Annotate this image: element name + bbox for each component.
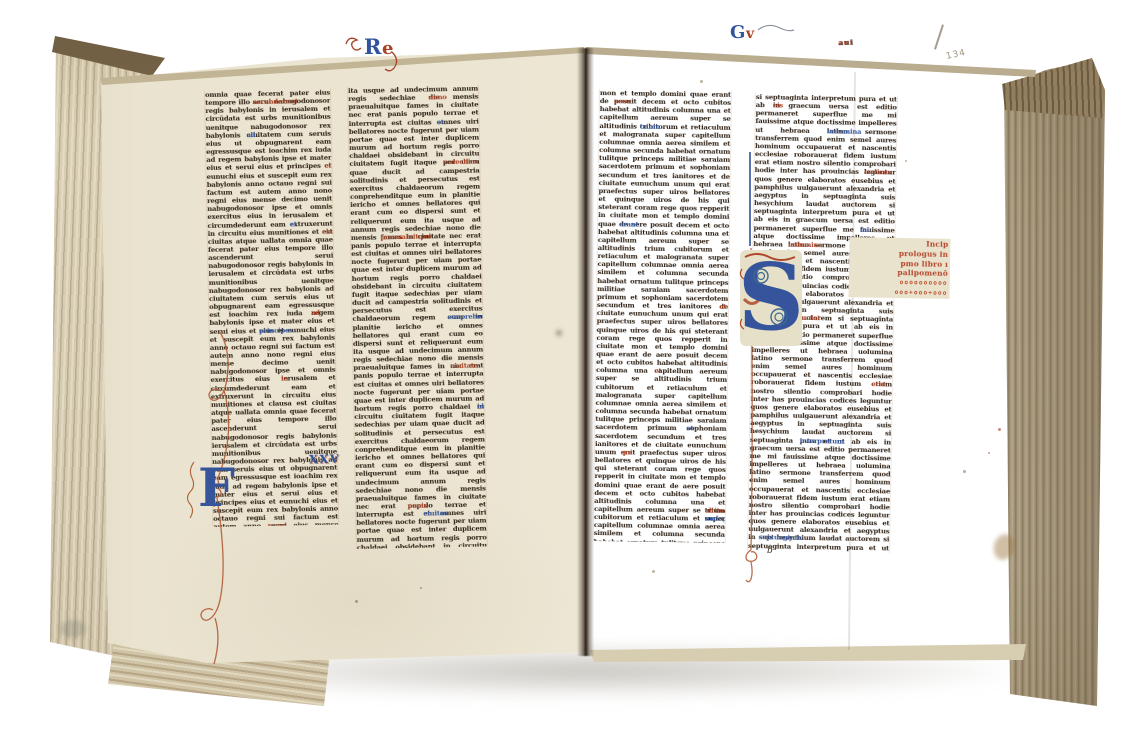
illuminated-initial-f: F [186,458,226,524]
rubric-line-filler: ooo+ooo+ooo [850,287,947,298]
running-title-right: G v [726,16,816,52]
running-title-letter: G [730,22,745,43]
guide-letter: b [767,546,773,556]
text-column-right-1: mon et templo domini quae erant de aere … [593,89,732,543]
running-title-letter: e [382,38,393,59]
manuscript-photo: omnia quae fecerat pater eius tempore il… [0,0,1134,756]
initial-letter: S [738,243,804,351]
chapter-numeral: XXV [309,452,341,467]
speck [700,80,703,83]
red-speck [988,452,990,454]
speck [355,600,358,603]
folio-number: 134 [945,48,967,62]
trimmed-edge-inscription: aui [838,38,854,48]
column-bar-flourish [741,148,767,608]
speck [652,570,655,573]
speck [905,160,907,162]
speck [420,587,422,589]
penwork-flourish-icon [758,25,794,30]
red-speck [998,428,1001,431]
rubric-line: palipomenō [851,268,948,279]
speck [963,470,966,473]
filigree-icon [188,462,195,518]
running-title-letter: v [745,26,755,42]
pencil-stroke [934,24,944,49]
gutter-shadow [577,48,594,656]
rubric-incipit: Incip prologus in pmo libro ı palipomenō… [848,237,950,299]
text-column-left-2: ita usque ad undecimum annum regis sedec… [347,84,488,548]
penwork-curl-icon [346,38,361,50]
parchment-smudge [60,620,86,638]
running-title-letter: R [364,34,382,59]
illuminated-initial-s: S [739,249,803,347]
parchment-spot [556,330,562,336]
initial-letter: F [198,458,235,519]
running-title-left: R e [340,28,430,72]
